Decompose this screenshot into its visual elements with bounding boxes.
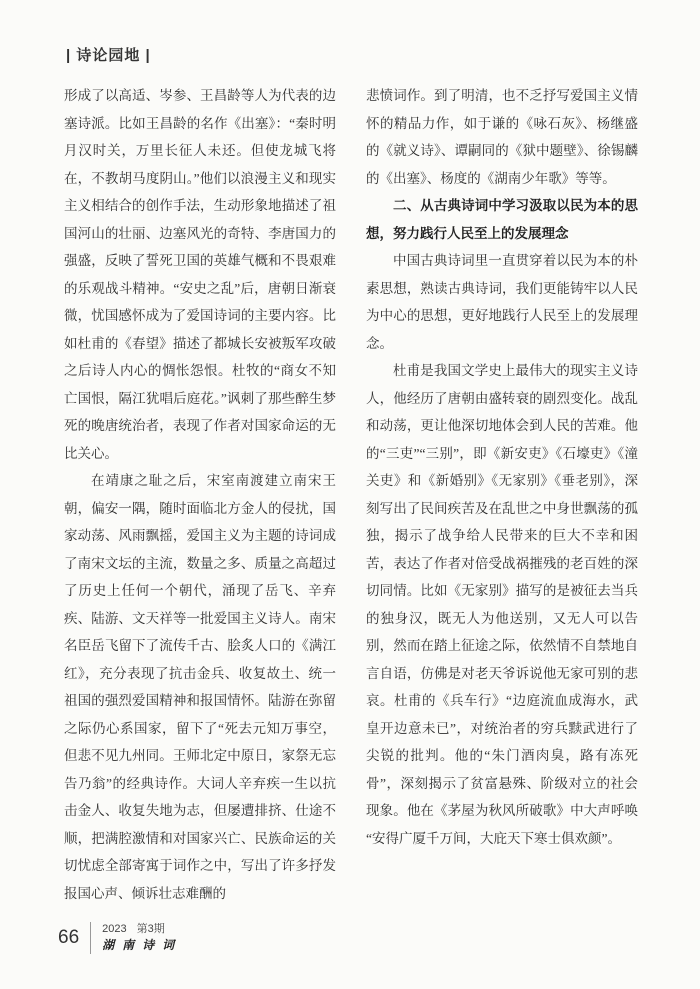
paragraph-continuation: 悲愤词作。到了明清，也不乏抒写爱国主义情怀的精品力作，如于谦的《咏石灰》、杨继盛… [366,82,638,192]
left-column: 形成了以高适、岑参、王昌龄等人为代表的边塞诗派。比如王昌龄的名作《出塞》：“秦时… [64,82,336,907]
two-column-layout: 形成了以高适、岑参、王昌龄等人为代表的边塞诗派。比如王昌龄的名作《出塞》：“秦时… [64,82,638,907]
journal-name: 湖南诗词 [102,937,182,954]
footer-divider [90,922,91,954]
page-footer: 66 2023 第3期 湖南诗词 [58,922,182,954]
journal-info: 2023 第3期 湖南诗词 [102,922,182,954]
magazine-page: | 诗论园地 | 形成了以高适、岑参、王昌龄等人为代表的边塞诗派。比如王昌龄的名… [0,0,700,989]
issue-number: 第3期 [137,922,165,937]
paragraph: 在靖康之耻之后，宋室南渡建立南宋王朝，偏安一隅，随时面临北方金人的侵扰，国家动荡… [64,467,336,907]
right-column: 悲愤词作。到了明清，也不乏抒写爱国主义情怀的精品力作，如于谦的《咏石灰》、杨继盛… [366,82,638,907]
section-header: | 诗论园地 | [66,44,151,65]
page-number: 66 [58,927,79,949]
section-heading: 二、从古典诗词中学习汲取以民为本的思想，努力践行人民至上的发展理念 [366,192,638,247]
section-label: | 诗论园地 | [66,47,151,64]
paragraph: 杜甫是我国文学史上最伟大的现实主义诗人，他经历了唐朝由盛转衰的剧烈变化。战乱和动… [366,357,638,852]
paragraph: 中国古典诗词里一直贯穿着以民为本的朴素思想，熟读古典诗词，我们更能铸牢以人民为中… [366,247,638,357]
issue-year: 2023 [102,922,126,937]
issue-info: 2023 第3期 [102,922,182,937]
paragraph-continuation: 形成了以高适、岑参、王昌龄等人为代表的边塞诗派。比如王昌龄的名作《出塞》：“秦时… [64,82,336,467]
